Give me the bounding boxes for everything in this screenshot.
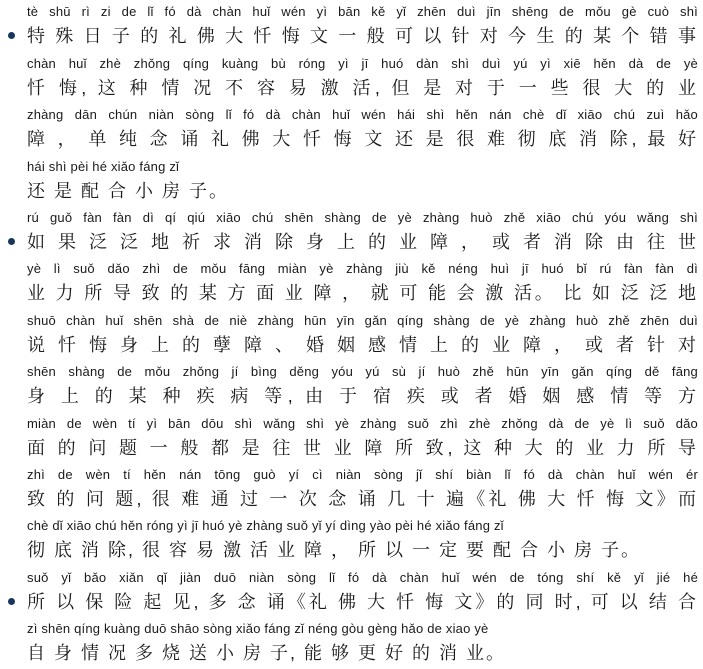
- line-pair: rú guǒ fàn fàn dì qí qiú xiāo chú shēn s…: [27, 207, 698, 258]
- pinyin-line: chàn huǐ zhè zhǒng qíng kuàng bù róng yì…: [27, 54, 698, 73]
- pinyin-line: zhì de wèn tí hěn nán tōng guò yí cì nià…: [27, 465, 698, 484]
- line-pair: miàn de wèn tí yì bān dōu shì wǎng shì y…: [27, 412, 698, 463]
- pinyin-line: zì shēn qíng kuàng duō shāo sòng xiǎo fá…: [27, 619, 698, 638]
- pinyin-line: hái shì pèi hé xiǎo fáng zǐ: [27, 157, 698, 176]
- hanzi-line: 说 忏 悔 身 上 的 孽 障 、 婚 姻 感 情 上 的 业 障 ， 或 者 …: [27, 330, 698, 361]
- hanzi-line: 身 上 的 某 种 疾 病 等, 由 于 宿 疾 或 者 婚 姻 感 情 等 方: [27, 381, 698, 412]
- bullet-marker: [8, 32, 15, 39]
- pinyin-line: shēn shàng de mǒu zhǒng jí bìng děng yóu…: [27, 362, 698, 381]
- line-pair: zhì de wèn tí hěn nán tōng guò yí cì nià…: [27, 464, 698, 515]
- line-pair: hái shì pèi hé xiǎo fáng zǐ还 是 配 合 小 房 子…: [27, 155, 698, 206]
- hanzi-line: 障 ， 单 纯 念 诵 礼 佛 大 忏 悔 文 还 是 很 难 彻 底 消 除,…: [27, 124, 698, 155]
- hanzi-line: 还 是 配 合 小 房 子。: [27, 176, 698, 207]
- pinyin-line: tè shū rì zi de lǐ fó dà chàn huǐ wén yì…: [27, 2, 698, 21]
- pinyin-line: miàn de wèn tí yì bān dōu shì wǎng shì y…: [27, 414, 698, 433]
- pinyin-line: rú guǒ fàn fàn dì qí qiú xiāo chú shēn s…: [27, 208, 698, 227]
- line-pair: shēn shàng de mǒu zhǒng jí bìng děng yóu…: [27, 361, 698, 412]
- hanzi-line: 所 以 保 险 起 见, 多 念 诵《礼 佛 大 忏 悔 文》的 同 时, 可 …: [27, 587, 698, 618]
- bullet-marker: [8, 598, 15, 605]
- hanzi-line: 致 的 问 题, 很 难 通 过 一 次 念 诵 几 十 遍《礼 佛 大 忏 悔…: [27, 484, 698, 515]
- line-pair: suǒ yǐ bǎo xiǎn qǐ jiàn duō niàn sòng lǐ…: [27, 566, 698, 617]
- pinyin-line: yè lì suǒ dǎo zhì de mǒu fāng miàn yè zh…: [27, 259, 698, 278]
- hanzi-line: 如 果 泛 泛 地 祈 求 消 除 身 上 的 业 障 ， 或 者 消 除 由 …: [27, 227, 698, 258]
- hanzi-line: 彻 底 消 除, 很 容 易 激 活 业 障 ， 所 以 一 定 要 配 合 小…: [27, 535, 698, 566]
- bullet-marker: [8, 238, 15, 245]
- document-body: tè shū rì zi de lǐ fó dà chàn huǐ wén yì…: [0, 0, 703, 669]
- hanzi-line: 忏 悔, 这 种 情 况 不 容 易 激 活, 但 是 对 于 一 些 很 大 …: [27, 73, 698, 104]
- pinyin-line: zhàng dān chún niàn sòng lǐ fó dà chàn h…: [27, 105, 698, 124]
- pinyin-line: chè dǐ xiāo chú hěn róng yì jī huó yè zh…: [27, 516, 698, 535]
- line-pair: shuō chàn huǐ shēn shà de niè zhàng hūn …: [27, 309, 698, 360]
- line-pair: tè shū rì zi de lǐ fó dà chàn huǐ wén yì…: [27, 1, 698, 52]
- line-pair: chè dǐ xiāo chú hěn róng yì jī huó yè zh…: [27, 515, 698, 566]
- hanzi-line: 自 身 情 况 多 烧 送 小 房 子, 能 够 更 好 的 消 业。: [27, 638, 698, 669]
- hanzi-line: 特 殊 日 子 的 礼 佛 大 忏 悔 文 一 般 可 以 针 对 今 生 的 …: [27, 21, 698, 52]
- line-pair: zì shēn qíng kuàng duō shāo sòng xiǎo fá…: [27, 618, 698, 669]
- line-pair: chàn huǐ zhè zhǒng qíng kuàng bù róng yì…: [27, 52, 698, 103]
- pinyin-line: shuō chàn huǐ shēn shà de niè zhàng hūn …: [27, 311, 698, 330]
- line-pair: yè lì suǒ dǎo zhì de mǒu fāng miàn yè zh…: [27, 258, 698, 309]
- hanzi-line: 业 力 所 导 致 的 某 方 面 业 障 ， 就 可 能 会 激 活。 比 如…: [27, 278, 698, 309]
- pinyin-line: suǒ yǐ bǎo xiǎn qǐ jiàn duō niàn sòng lǐ…: [27, 568, 698, 587]
- line-pair: zhàng dān chún niàn sòng lǐ fó dà chàn h…: [27, 104, 698, 155]
- hanzi-line: 面 的 问 题 一 般 都 是 往 世 业 障 所 致, 这 种 大 的 业 力…: [27, 433, 698, 464]
